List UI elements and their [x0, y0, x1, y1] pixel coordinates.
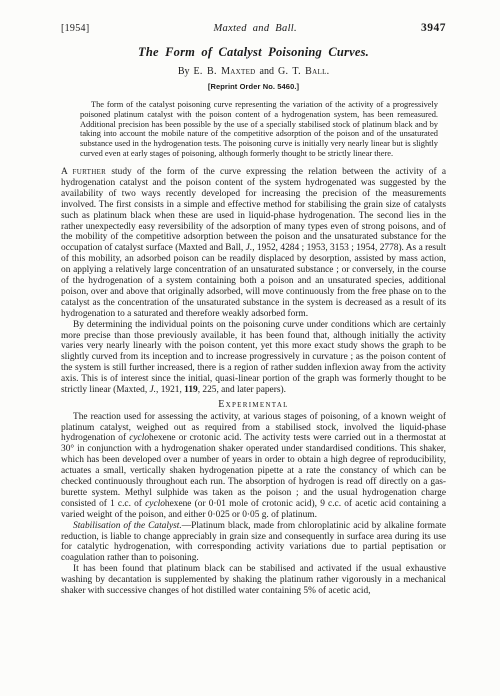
- journal-page: [1954] Maxted and Ball. 3947 The Form of…: [0, 0, 500, 696]
- text-run: further: [73, 167, 107, 177]
- text-run: It has been found that platinum black ca…: [61, 564, 446, 596]
- text-run: Stabilisation of the Catalyst.: [73, 521, 182, 531]
- text-run: study of the form of the curve expressin…: [61, 167, 446, 253]
- text-run: G. T. Ball: [278, 66, 327, 77]
- paragraph-reaction: The reaction used for assessing the acti…: [61, 412, 446, 521]
- abstract: The form of the catalyst poisoning curve…: [80, 100, 438, 159]
- text-run: By determining the individual points on …: [61, 320, 446, 395]
- article-body: A further study of the form of the curve…: [61, 167, 446, 597]
- running-head-page-number: 3947: [421, 22, 446, 34]
- running-head-authors: Maxted and Ball.: [214, 23, 297, 34]
- paragraph-opening: A further study of the form of the curve…: [61, 167, 446, 320]
- text-run: , 1952, 4284 ; 1953, 3153 ; 1954, 2778).…: [61, 243, 446, 318]
- text-run: , 1921,: [156, 385, 184, 395]
- text-run: cyclo: [129, 433, 149, 443]
- paragraph-washing: It has been found that platinum black ca…: [61, 564, 446, 597]
- text-run: 119: [184, 385, 198, 395]
- text-run: cyclo: [145, 499, 165, 509]
- running-head: [1954] Maxted and Ball. 3947: [61, 22, 446, 34]
- text-run: , 225, and later papers).: [198, 385, 286, 395]
- running-head-year: [1954]: [61, 23, 89, 34]
- text-run: The form of the catalyst poisoning curve…: [80, 100, 438, 158]
- text-run: hexene or crotonic acid. The activity te…: [61, 433, 446, 508]
- byline: By E. B. Maxted and G. T. Ball.: [61, 66, 446, 77]
- experimental-heading: Experimental: [61, 399, 446, 411]
- text-run: E. B. Maxted: [194, 66, 256, 77]
- text-run: By: [178, 66, 194, 77]
- text-run: A: [61, 167, 73, 177]
- paragraph-stabilisation: Stabilisation of the Catalyst.—Platinum …: [61, 521, 446, 565]
- reprint-order-note: [Reprint Order No. 5460.]: [61, 82, 446, 91]
- text-run: .: [327, 66, 330, 77]
- text-run: and: [256, 66, 278, 77]
- article-title: The Form of Catalyst Poisoning Curves.: [61, 45, 446, 60]
- paragraph-findings: By determining the individual points on …: [61, 320, 446, 396]
